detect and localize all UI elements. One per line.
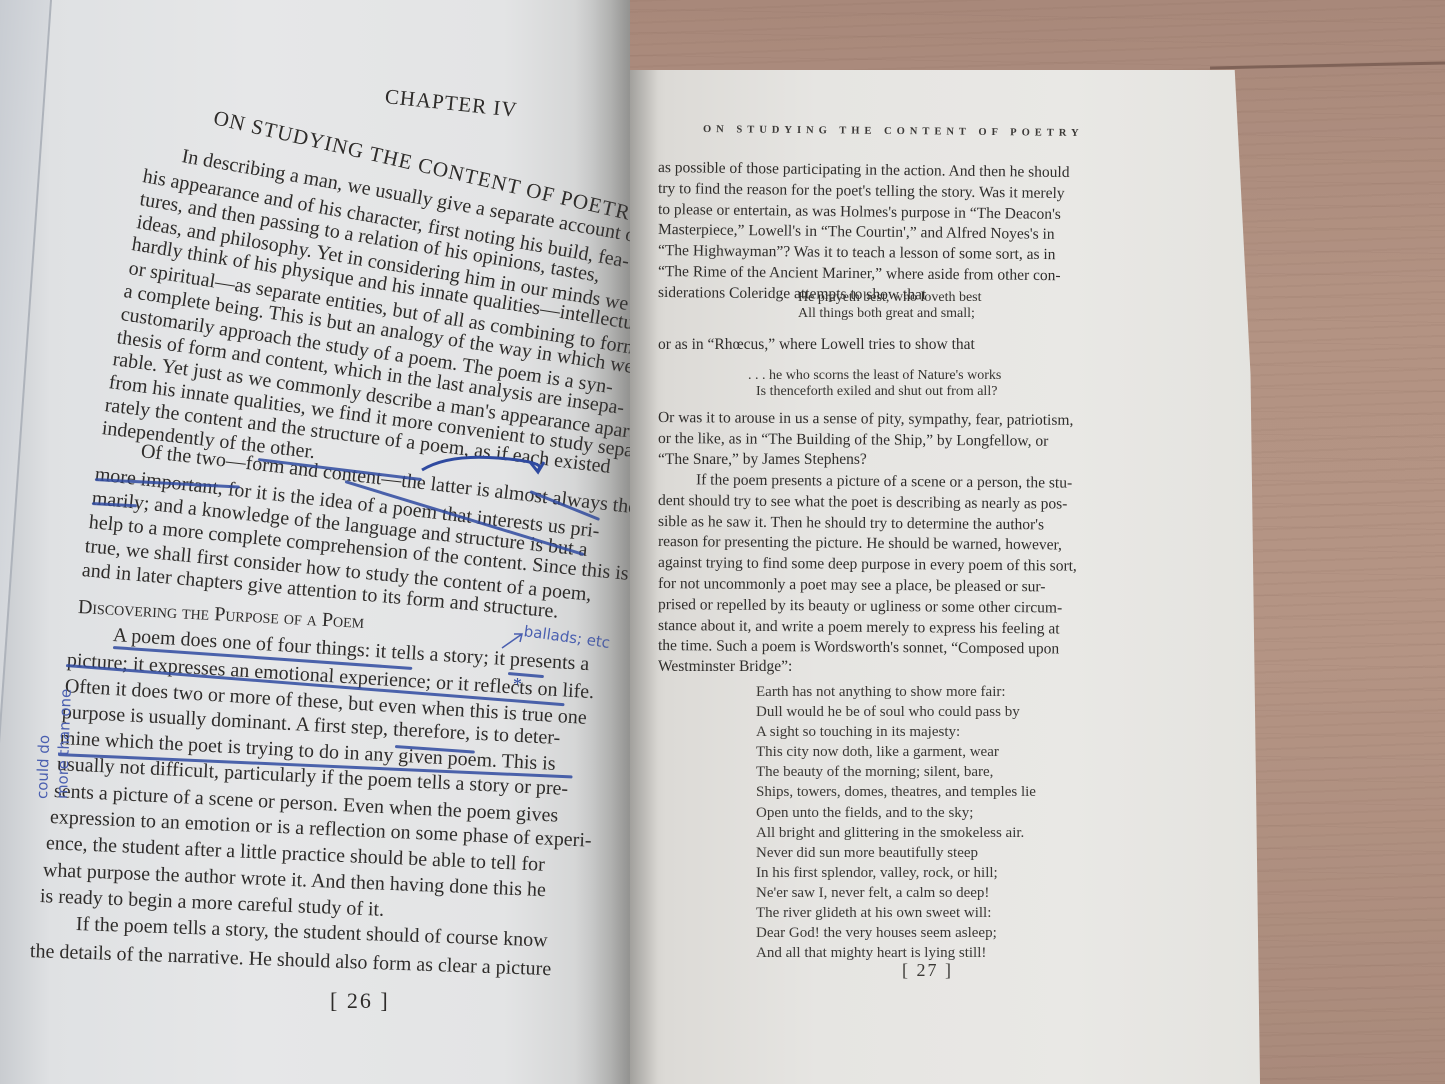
left-page-content: CHAPTER IV ON STUDYING THE CONTENT OF PO… xyxy=(0,0,630,1084)
connector-line: or as in “Rhœcus,” where Lowell tries to… xyxy=(658,335,1158,356)
page-number-left: [ 26 ] xyxy=(330,988,390,1014)
quote-mariner: He prayeth best, who loveth best All thi… xyxy=(798,290,982,322)
pen-arrow-icon xyxy=(418,452,548,482)
poem-line: In his first splendor, valley, rock, or … xyxy=(756,863,1036,883)
handwritten-margin-note-line2: more than one xyxy=(53,688,75,799)
right-paragraph-2: Or was it to arouse in us a sense of pit… xyxy=(658,408,1178,470)
poem-line: All bright and glittering in the smokele… xyxy=(756,823,1036,843)
poem-line: The beauty of the morning; silent, bare, xyxy=(756,762,1036,782)
poem-line: The river glideth at his own sweet will: xyxy=(756,903,1036,923)
chapter-number: CHAPTER IV xyxy=(384,84,519,123)
poem-line: Ships, towers, domes, theatres, and temp… xyxy=(756,782,1036,802)
poem-line: Open unto the fields, and to the sky; xyxy=(756,803,1036,823)
gutter-shadow-right xyxy=(628,70,658,1084)
quote-line: Is thenceforth exiled and shut out from … xyxy=(748,384,1001,400)
poem-line: Never did sun more beautifully steep xyxy=(756,843,1036,863)
running-head: ON STUDYING THE CONTENT OF POETRY xyxy=(703,124,1084,139)
page-number-right: [ 27 ] xyxy=(902,960,953,981)
poem-line: A sight so touching in its majesty: xyxy=(756,722,1036,742)
poem-westminster-bridge: Earth has not anything to show more fair… xyxy=(756,682,1036,963)
poem-line: Earth has not anything to show more fair… xyxy=(756,682,1036,702)
right-paragraph-3: If the poem presents a picture of a scen… xyxy=(658,470,1178,678)
poem-line: Ne'er saw I, never felt, a calm so deep! xyxy=(756,883,1036,903)
handwritten-margin-note-line1: could do xyxy=(33,735,53,800)
poem-line: This city now doth, like a garment, wear xyxy=(756,742,1036,762)
quote-rhoecus: . . . he who scorns the least of Nature'… xyxy=(748,368,1001,400)
quote-line: . . . he who scorns the least of Nature'… xyxy=(748,368,1001,384)
poem-line: Dear God! the very houses seem asleep; xyxy=(756,923,1036,943)
poem-line: And all that mighty heart is lying still… xyxy=(756,943,1036,963)
poem-line: Dull would he be of soul who could pass … xyxy=(756,702,1036,722)
right-page: ON STUDYING THE CONTENT OF POETRY as pos… xyxy=(628,70,1260,1084)
quote-line: He prayeth best, who loveth best xyxy=(798,290,982,306)
gutter-shadow-left xyxy=(575,0,630,1084)
pen-asterisk-icon: * xyxy=(513,674,522,695)
left-page: CHAPTER IV ON STUDYING THE CONTENT OF PO… xyxy=(0,0,630,1084)
right-paragraph-1: as possible of those participating in th… xyxy=(658,158,1158,304)
text-line: or the like, as in “The Building of the … xyxy=(658,429,1178,453)
text-line: or as in “Rhœcus,” where Lowell tries to… xyxy=(658,335,1158,356)
quote-line: All things both great and small; xyxy=(798,306,982,322)
